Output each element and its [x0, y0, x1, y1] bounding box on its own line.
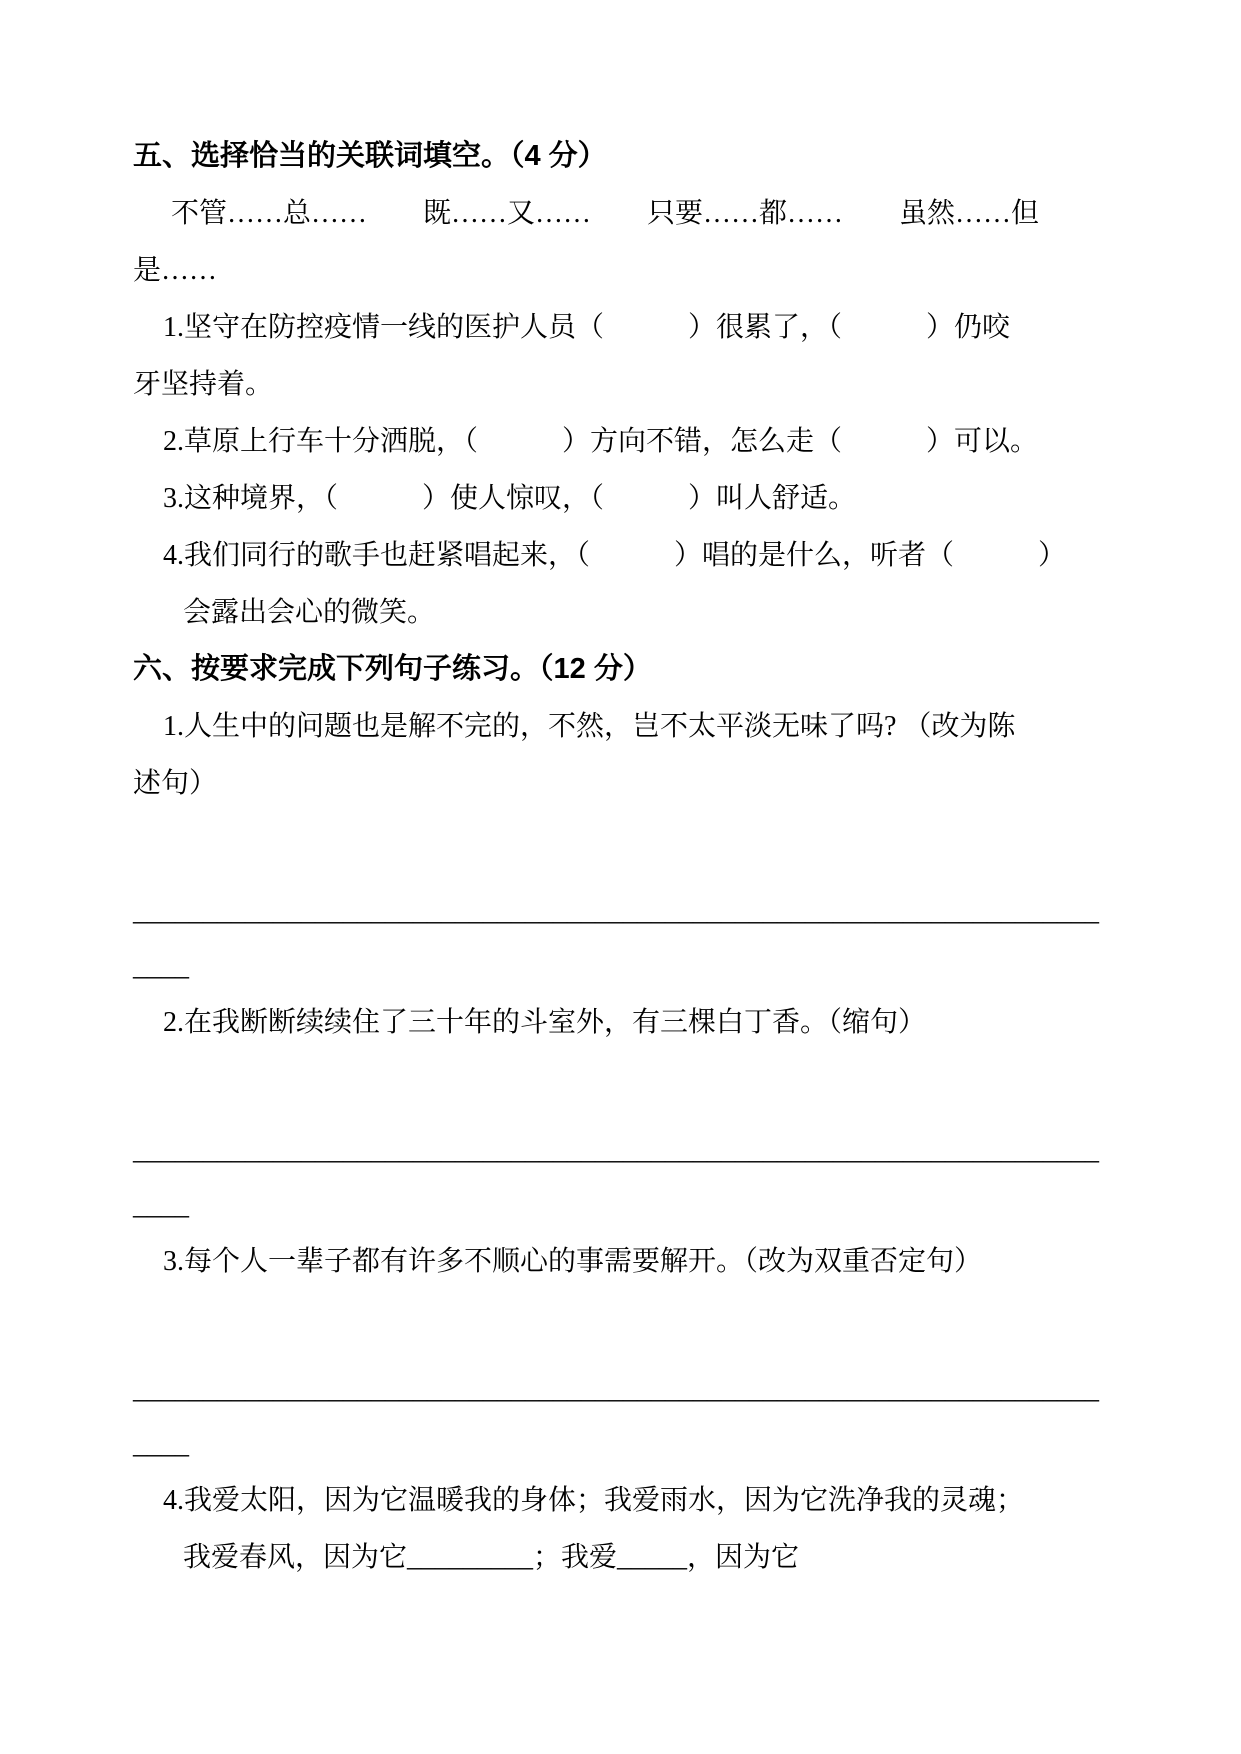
q6-item-3: 3.每个人一辈子都有许多不顺心的事需要解开。（改为双重否定句） — [133, 1233, 1111, 1290]
q6-item-4-line-2: 我爱春风，因为它_________；我爱_____，因为它 — [133, 1529, 1111, 1586]
blank-space — [133, 812, 1111, 884]
section-five-heading: 五、选择恰当的关联词填空。（4 分） — [133, 128, 1111, 185]
q6-item-1-line-1: 1.人生中的问题也是解不完的，不然，岂不太平淡无味了吗? （改为陈 — [133, 698, 1111, 755]
q5-item-1-line-1: 1.坚守在防控疫情一线的医护人员（ ）很累了，（ ）仍咬 — [133, 299, 1111, 356]
q5-item-3: 3.这种境界，（ ）使人惊叹，（ ）叫人舒适。 — [133, 470, 1111, 527]
q5-item-4-line-1: 4.我们同行的歌手也赶紧唱起来，（ ）唱的是什么，听者（ ） — [133, 527, 1111, 584]
q5-item-2: 2.草原上行车十分洒脱，（ ）方向不错，怎么走（ ）可以。 — [133, 413, 1111, 470]
q5-item-1-line-2: 牙坚持着。 — [133, 356, 1111, 413]
section-six-heading: 六、按要求完成下列句子练习。（12 分） — [133, 641, 1111, 698]
section-six: 六、按要求完成下列句子练习。（12 分） 1.人生中的问题也是解不完的，不然，岂… — [133, 641, 1111, 1586]
q6-item-2: 2.在我断断续续住了三十年的斗室外，有三棵白丁香。（缩句） — [133, 994, 1111, 1051]
q5-item-4-line-2: 会露出会心的微笑。 — [133, 584, 1111, 641]
q6-item-1-line-2: 述句） — [133, 755, 1111, 812]
q6-item-2-answer-blank: ________________________________________… — [133, 1123, 1111, 1233]
conjunction-options-line-1: 不管……总…… 既……又…… 只要……都…… 虽然……但 — [133, 185, 1111, 242]
q6-item-3-answer-blank: ________________________________________… — [133, 1362, 1111, 1472]
conjunction-options-line-2: 是…… — [133, 242, 1111, 299]
blank-space — [133, 1051, 1111, 1123]
q6-item-4-line-1: 4.我爱太阳，因为它温暖我的身体；我爱雨水，因为它洗净我的灵魂； — [133, 1472, 1111, 1529]
exam-page: 五、选择恰当的关联词填空。（4 分） 不管……总…… 既……又…… 只要……都…… — [0, 0, 1241, 1754]
blank-space — [133, 1290, 1111, 1362]
q6-item-1-answer-blank: ________________________________________… — [133, 884, 1111, 994]
section-five: 五、选择恰当的关联词填空。（4 分） 不管……总…… 既……又…… 只要……都…… — [133, 128, 1111, 641]
